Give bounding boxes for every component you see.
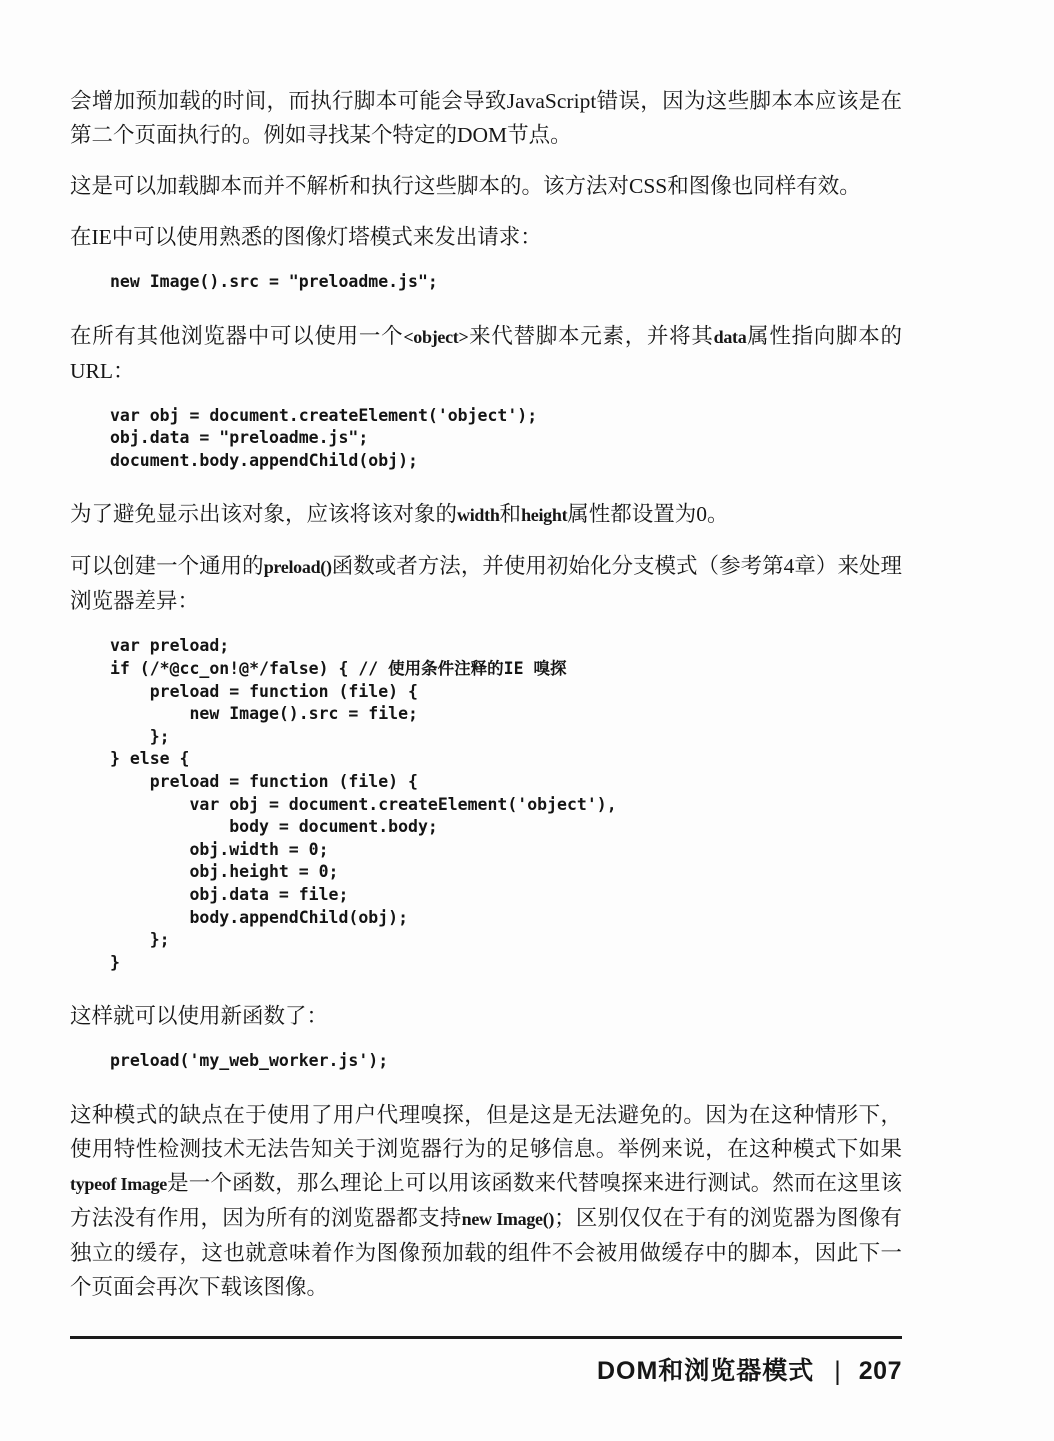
footer-page-number: 207 (859, 1357, 902, 1385)
inline-code: new Image() (462, 1209, 554, 1229)
paragraph: 这样就可以使用新函数了： (70, 999, 902, 1033)
book-page: 会增加预加载的时间，而执行脚本可能会导致JavaScript错误，因为这些脚本本… (0, 0, 1054, 1441)
content-flow: 会增加预加载的时间，而执行脚本可能会导致JavaScript错误，因为这些脚本本… (70, 84, 902, 1321)
paragraph: 会增加预加载的时间，而执行脚本可能会导致JavaScript错误，因为这些脚本本… (70, 84, 902, 152)
code-block: var preload; if (/*@cc_on!@*/false) { //… (70, 635, 902, 974)
inline-code: data (714, 327, 747, 347)
inline-code: typeof Image (70, 1174, 167, 1194)
body-text: 在IE中可以使用熟悉的图像灯塔模式来发出请求： (70, 225, 542, 249)
footer-chapter-title: DOM和浏览器模式 (597, 1357, 814, 1385)
body-text: 这样就可以使用新函数了： (70, 1004, 328, 1028)
paragraph: 在IE中可以使用熟悉的图像灯塔模式来发出请求： (70, 220, 902, 254)
footer-divider (70, 1336, 902, 1339)
code-block: preload('my_web_worker.js'); (70, 1050, 902, 1073)
page-footer: DOM和浏览器模式|207 (70, 1351, 902, 1391)
body-text: 属性都设置为0。 (567, 502, 728, 526)
body-text: 为了避免显示出该对象，应该将该对象的 (70, 502, 457, 526)
code-block: new Image().src = "preloadme.js"; (70, 271, 902, 294)
inline-code: height (521, 505, 567, 525)
inline-code: width (457, 505, 500, 525)
paragraph: 可以创建一个通用的preload()函数或者方法，并使用初始化分支模式（参考第4… (70, 549, 902, 618)
footer-separator: | (834, 1350, 841, 1392)
body-text: 可以创建一个通用的 (70, 554, 264, 578)
body-text: 这是可以加载脚本而并不解析和执行这些脚本的。该方法对CSS和图像也同样有效。 (70, 174, 861, 198)
code-block: var obj = document.createElement('object… (70, 405, 902, 473)
paragraph: 为了避免显示出该对象，应该将该对象的width和height属性都设置为0。 (70, 497, 902, 532)
body-text: 在所有其他浏览器中可以使用一个 (70, 324, 403, 348)
body-text: 会增加预加载的时间，而执行脚本可能会导致JavaScript错误，因为这些脚本本… (70, 89, 902, 147)
body-text: 和 (500, 502, 522, 526)
body-text: 这种模式的缺点在于使用了用户代理嗅探，但是这是无法避免的。因为在这种情形下，使用… (70, 1103, 902, 1161)
paragraph: 在所有其他浏览器中可以使用一个<object>来代替脚本元素，并将其data属性… (70, 319, 902, 388)
paragraph: 这是可以加载脚本而并不解析和执行这些脚本的。该方法对CSS和图像也同样有效。 (70, 169, 902, 203)
body-text: 来代替脚本元素，并将其 (468, 324, 713, 348)
inline-code: preload() (264, 557, 332, 577)
paragraph: 这种模式的缺点在于使用了用户代理嗅探，但是这是无法避免的。因为在这种情形下，使用… (70, 1098, 902, 1304)
inline-code: <object> (403, 327, 468, 347)
